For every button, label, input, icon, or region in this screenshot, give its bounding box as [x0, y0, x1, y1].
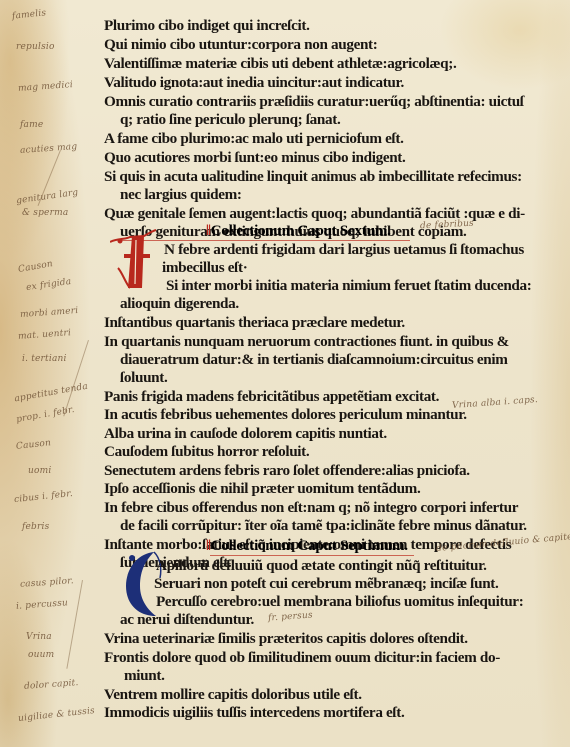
text-line: Seruari non poteſt cui cerebrum mẽbranæq…	[154, 574, 498, 593]
chapter-heading-text: Collectionum Caput Sextum.	[211, 222, 391, 239]
text-line: In acutis febribus uehementes dolores pe…	[104, 405, 467, 424]
text-line: imbecillus eſt·	[162, 258, 247, 277]
marginal-note: uigiliae & tussis	[18, 706, 96, 724]
text-line: A fame cibo plurimo:ac malo uti pernicio…	[104, 129, 404, 148]
text-line: Frontis dolore quod ob ſimilitudinem ouu…	[104, 648, 500, 667]
marginal-note: genitura larg	[16, 188, 79, 207]
marginal-note: famelis	[12, 8, 47, 22]
text-line: Ventrem mollire capitis doloribus utile …	[104, 685, 362, 704]
text-line: Percuſſo cerebro:uel membrana biliofus u…	[156, 592, 523, 611]
text-line: Si inter morbi initia materia nimium fer…	[166, 276, 531, 295]
text-line: nec largius quidem:	[120, 185, 242, 204]
text-line: q; ratio ſine periculo plerunq; ſanat.	[120, 110, 340, 129]
text-line: ſoluunt.	[120, 368, 167, 387]
text-line: N febre ardenti frigidam dari largius ue…	[164, 240, 524, 259]
red-initial-i-icon	[110, 228, 160, 290]
text-line: Apillorũ defluuiũ quod ætate contingit n…	[156, 556, 487, 575]
marginal-note: acuties mag	[20, 142, 78, 156]
text-line: Valitudo ignota:aut inedia uincitur:aut …	[104, 73, 404, 92]
text-line: In febre cibus offerendus non eſt:nam q;…	[104, 498, 518, 517]
marginal-note: cibus i. febr.	[14, 489, 74, 505]
chapter-heading-sextum: ‖Collectionum Caput Sextum.	[206, 221, 391, 240]
text-line: Valentiſſimæ materiæ cibis uti debent at…	[104, 54, 456, 73]
marginal-note: uomi	[28, 466, 51, 476]
text-line: Plurimo cibo indiget qui increſcit.	[104, 16, 310, 35]
marginal-note: ex frigida	[26, 277, 72, 293]
text-line: Senectutem ardens febris raro ſolet offe…	[104, 461, 470, 480]
marginal-note: Causon	[17, 259, 53, 275]
marginal-note: febris	[22, 522, 49, 532]
text-line: Si quis in acuta ualitudine linquit anim…	[104, 167, 522, 186]
text-line: In quartanis nunquam neruorum contractio…	[104, 332, 509, 351]
marginal-note: & sperma	[22, 208, 68, 218]
text-line: Qui nimio cibo utuntur:corpora non augen…	[104, 35, 377, 54]
pen-stroke	[63, 340, 89, 416]
text-line: Quo acutiores morbi ſunt:eo minus cibo i…	[104, 148, 405, 167]
marginal-note: Causon	[16, 438, 52, 452]
marginal-note: morbi ameri	[20, 306, 79, 320]
text-line: Alba urina in cauſode dolorem capitis nu…	[104, 424, 387, 443]
text-line: Immodicis uigiliis tuſſis intercedens mo…	[104, 703, 404, 722]
marginal-note: repulsio	[16, 42, 55, 52]
text-line: alioquin digerenda.	[120, 294, 239, 313]
marginal-note: Vrina alba i. caps.	[452, 395, 538, 411]
pen-stroke	[66, 580, 83, 669]
marginal-note: fame	[20, 120, 43, 130]
marginal-note: Vrina	[26, 632, 52, 642]
marginal-note: ouum	[28, 650, 54, 660]
marginal-note: casus pilor.	[20, 576, 74, 590]
text-line: miunt.	[124, 666, 165, 685]
marginal-note: appetitus tenda	[14, 382, 89, 405]
book-page: Plurimo cibo indiget qui increſcit. Qui …	[0, 0, 570, 747]
marginal-note: mag medici	[18, 80, 74, 94]
chapter-heading-text: Collectionum Caput Septimum.	[211, 537, 408, 554]
chapter-heading-septimum: ‖Collectionum Caput Septimum.	[206, 536, 408, 555]
text-line: Vrina ueterinariæ ſimilis præteritos cap…	[104, 629, 468, 648]
text-line: Cauſodem ſubitus horror reſoluit.	[104, 442, 309, 461]
text-line: Panis frigida madens febricitãtibus appe…	[104, 387, 439, 406]
text-line: ac nerui diſtenduntur.	[120, 610, 254, 629]
marginal-note: i. tertiani	[22, 354, 67, 364]
text-line: de facili corrũpitur: ĩter oĩa tamẽ tpa:…	[120, 516, 527, 535]
text-line: Ipſo acceſſionis die nihil præter uomitu…	[104, 479, 420, 498]
text-line: Omnis curatio contrariis præſidiis curat…	[104, 92, 524, 111]
text-line: diaueratrum datur:& in tertianis diaſcam…	[120, 350, 508, 369]
text-line: Inſtantibus quartanis theriaca præclare …	[104, 313, 405, 332]
marginal-note: dolor capit.	[24, 678, 79, 692]
marginal-note: i. percussu	[16, 598, 69, 612]
marginal-note: fr. persus	[268, 610, 313, 623]
marginal-note: mat. uentri	[18, 328, 72, 342]
